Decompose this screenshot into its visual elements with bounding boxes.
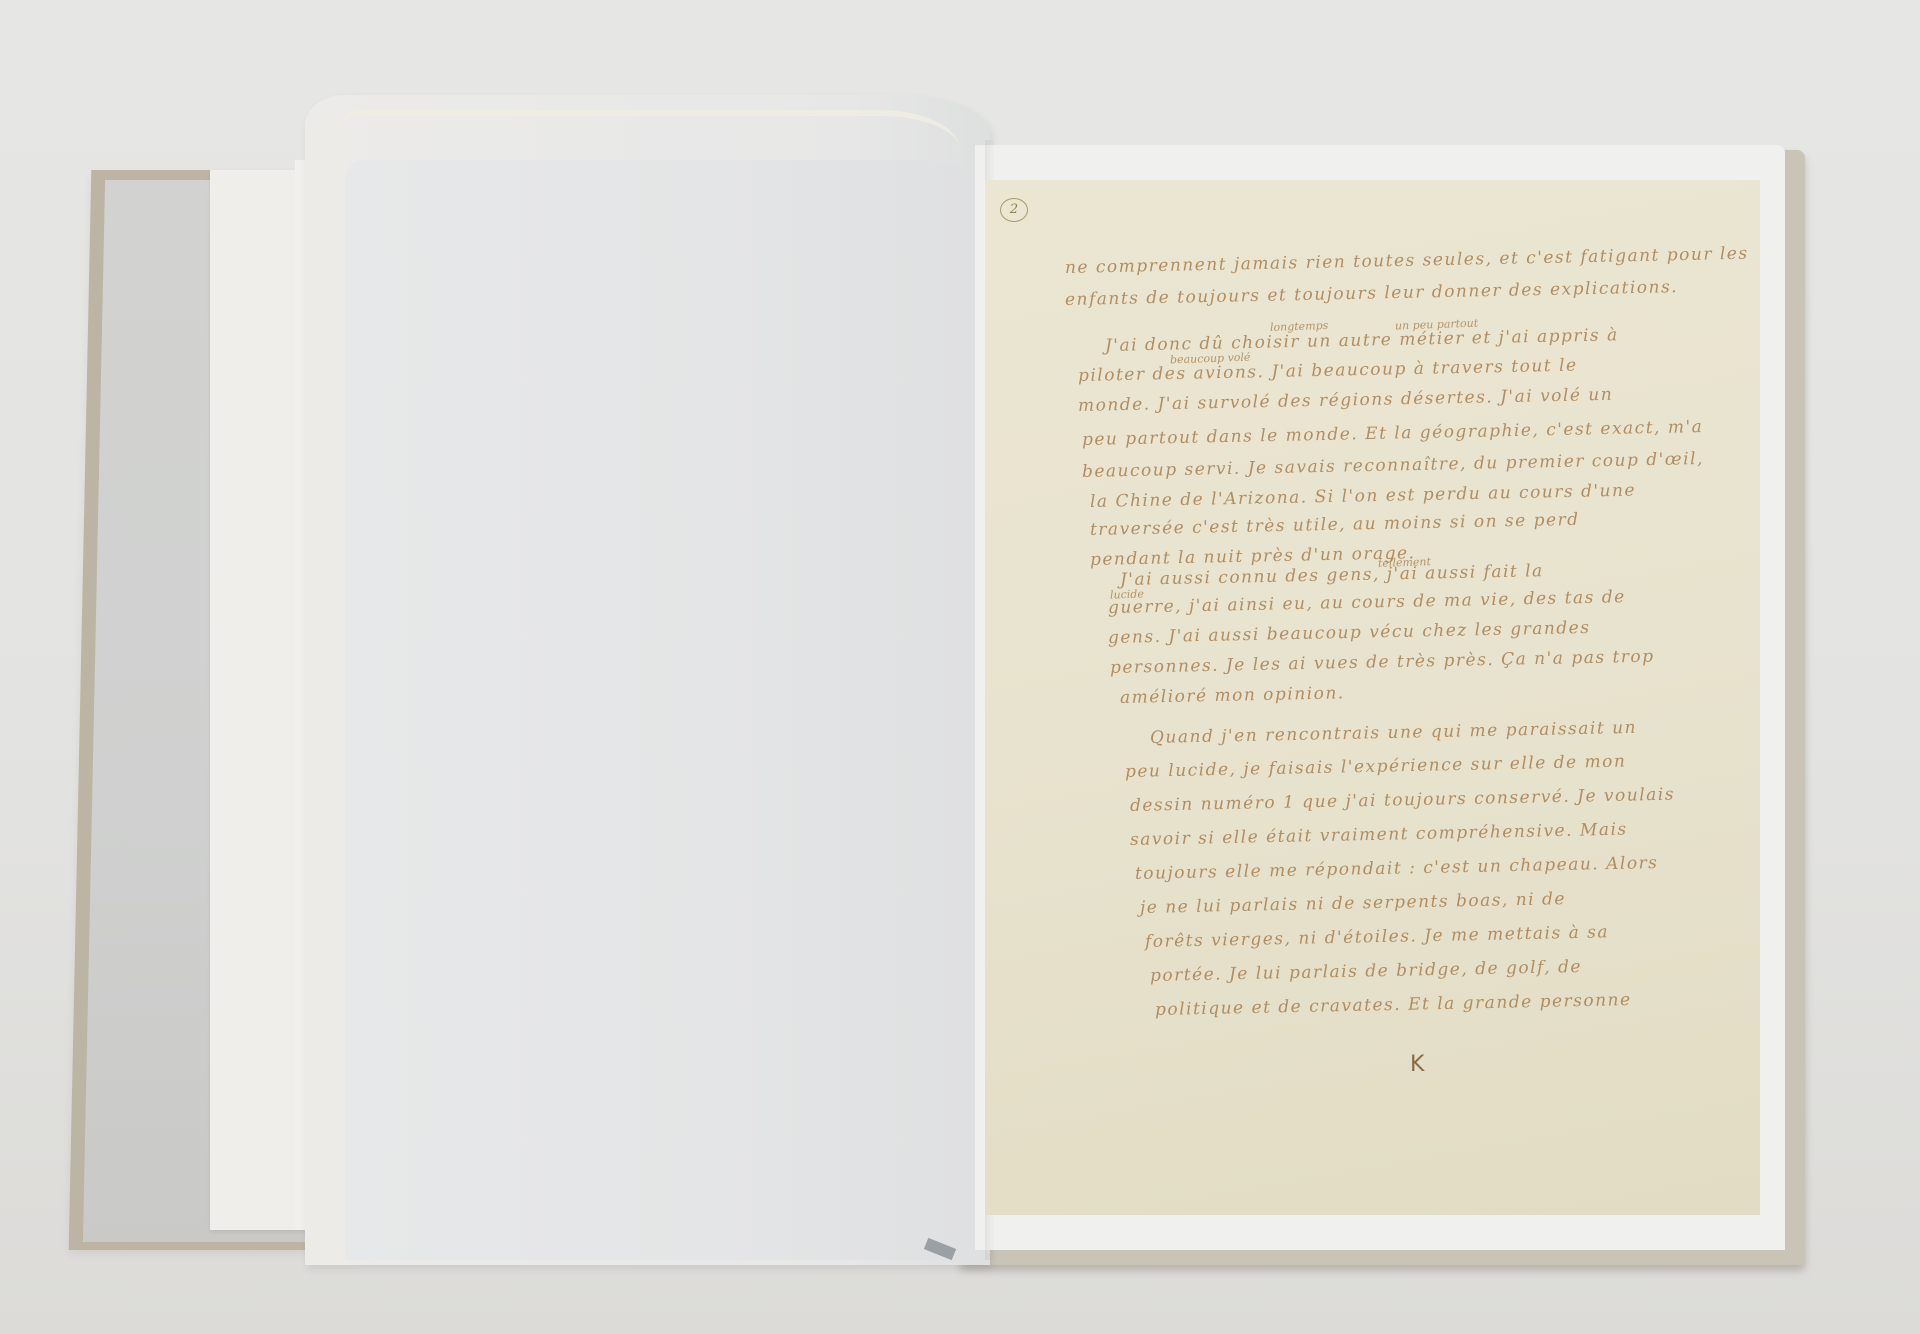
left-page-curl-rim (330, 110, 960, 196)
circled-page-number: 2 (1000, 198, 1028, 222)
interlinear-note: tellement (1378, 555, 1431, 570)
interlinear-note: longtemps (1270, 319, 1329, 334)
left-page-surface (345, 160, 975, 1260)
end-mark-glyph: K (1410, 1052, 1424, 1077)
interlinear-note: lucide (1110, 587, 1144, 601)
interlinear-note: beaucoup volé (1170, 351, 1251, 367)
